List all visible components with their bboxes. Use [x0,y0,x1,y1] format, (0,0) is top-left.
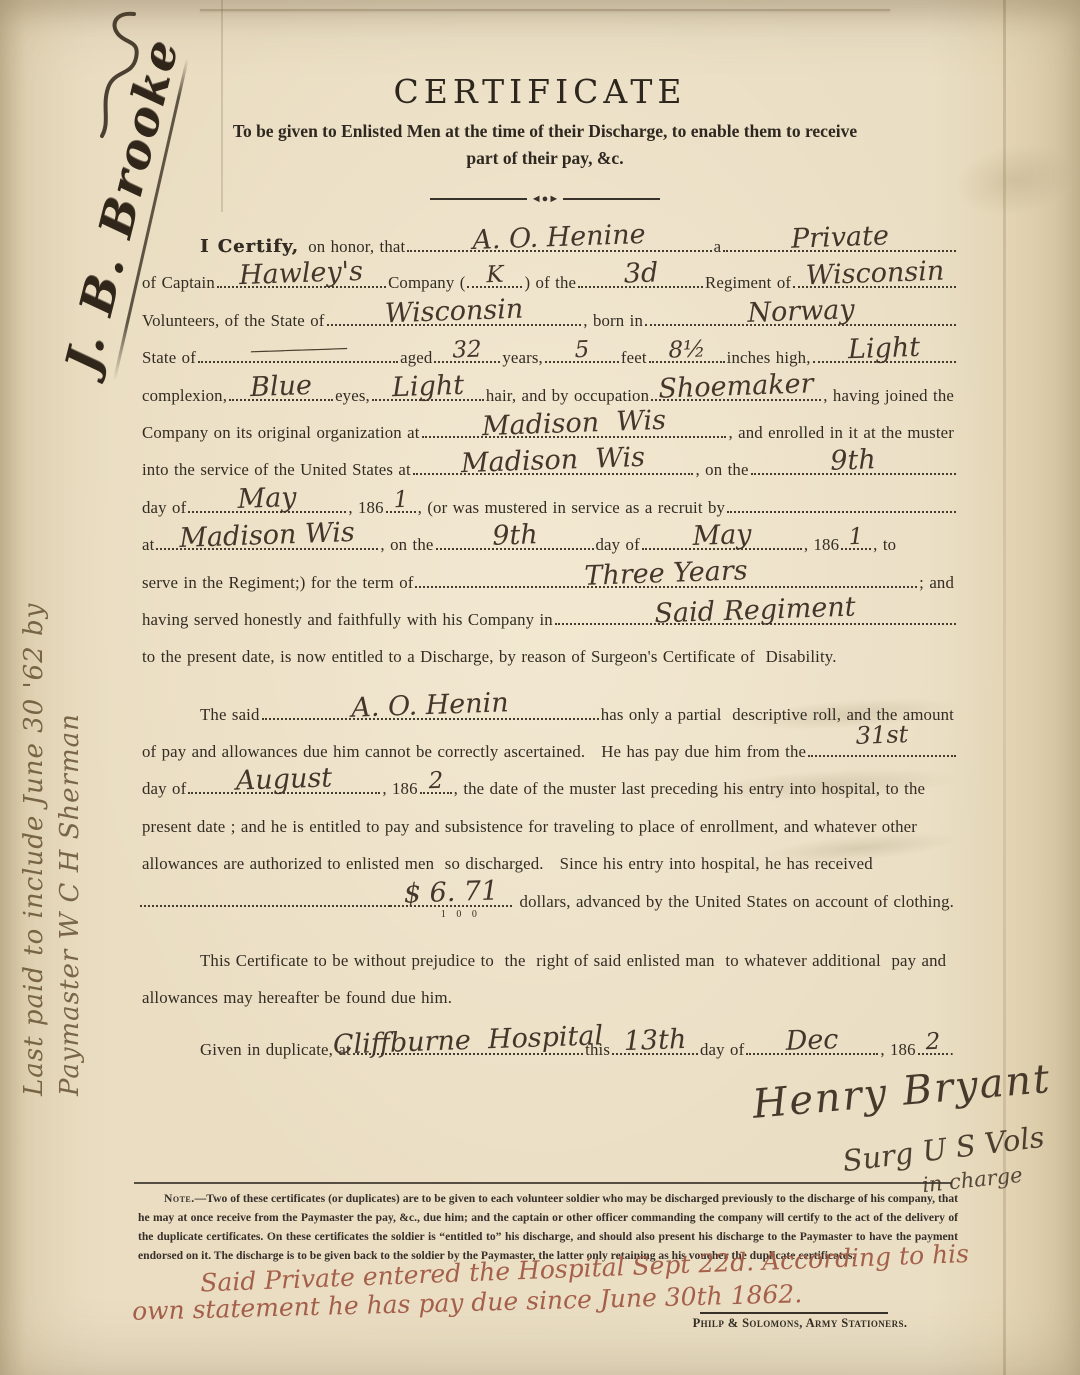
divider-ornament: ◄●► [430,198,660,200]
margin-note-line2: Paymaster W C H Sherman [52,51,88,1096]
document-subtitle: To be given to Enlisted Men at the time … [120,118,970,172]
printer-rule [700,1312,888,1314]
form-line: day ofAugust, 1862, the date of the must… [140,779,956,816]
form-blank: Cliffburne Hospital [353,1053,583,1055]
printed-text: present date ; and he is entitled to pay… [140,817,919,837]
printed-text: , to [871,535,898,555]
form-blank: 9th [436,548,594,550]
printed-text: aged [398,348,434,368]
printed-text: Volunteers, of the State of [140,311,327,331]
form-blank: A. O. Henin [262,718,599,720]
form-blank [727,511,956,513]
form-blank: May [642,548,802,550]
printed-text: Regiment of [703,273,793,293]
form-line: having served honestly and faithfully wi… [140,610,956,647]
printed-text: , born in [581,311,645,331]
form-line: present date ; and he is entitled to pay… [140,817,956,854]
form-blank: 2 [918,1053,948,1055]
form-line: day ofMay, 1861, (or was mustered in ser… [140,498,956,535]
printed-text: , the date of the muster last preceding … [452,779,928,799]
printed-text: Company on its original organization at [140,423,422,443]
printed-text: , 186 [878,1040,917,1060]
form-line: Company on its original organization atM… [140,423,956,460]
handwritten-entry: 13th [623,1026,687,1055]
printed-text: Given in duplicate, at [198,1040,353,1060]
printed-text: this [583,1040,612,1060]
form-blank: A. O. Henine [407,250,711,252]
printed-text: , 186 [380,779,419,799]
printed-text: a [712,237,724,257]
margin-payment-note: Last paid to include June 30 '62 by Paym… [16,51,88,1096]
form-blank: Said Regiment [555,623,956,625]
printed-text: ; and [917,573,956,593]
ink-flourish [96,10,156,140]
subtitle-line2: part of their pay, &c. [466,148,623,168]
form-line: to the present date, is now entitled to … [140,647,956,684]
form-line: allowances are authorized to enlisted me… [140,854,956,891]
printed-text: years, [500,348,545,368]
form-blank: 9th [751,473,956,475]
form-line: State of——————aged32years,5feet8½inches … [140,348,956,385]
form-line: complexion,Blueeyes,Lighthair, and by oc… [140,386,956,423]
printed-text: eyes, [333,386,372,406]
form-blank: 8½ [649,361,725,363]
form-line: of CaptainHawley'sCompany (K) of the3dRe… [140,273,956,310]
printed-text: has only a partial descriptive roll, and… [599,705,956,725]
form-blank: Light [813,361,956,363]
divider-rule-right [563,198,660,200]
printed-text: having served honestly and faithfully wi… [140,610,555,630]
printed-text: of pay and allowances due him cannot be … [140,742,808,762]
subtitle-line1: To be given to Enlisted Men at the time … [233,121,857,141]
footnote-rule [134,1182,952,1184]
form-blank: Wisconsin [793,286,956,288]
printer-imprint: Philp & Solomons, Army Stationers. [660,1316,940,1331]
form-blank: Wisconsin [327,324,582,326]
form-line: serve in the Regiment;) for the term ofT… [140,573,956,610]
form-blank: Shoemaker [651,399,821,401]
printed-text: Company ( [386,273,467,293]
form-line: atMadison Wis, on the9thday ofMay, 1861,… [140,535,956,572]
printed-text: State of [140,348,198,368]
form-blank: Norway [645,324,956,326]
form-blank: 5 [545,361,619,363]
printed-text: allowances may hereafter be found due hi… [140,988,454,1008]
printed-text: , on the [378,535,435,555]
form-blank: Hawley's [217,286,386,288]
form-blank: 2 [420,792,452,794]
printed-text: day of [140,498,188,518]
handwritten-entry: A. O. Henin [351,689,509,721]
printed-text: to the present date, is now entitled to … [140,647,839,667]
printed-text: , 186 [346,498,385,518]
printed-text: , having joined the [821,386,956,406]
form-blank: 1 [841,548,871,550]
handwritten-entry: A. O. Henine [472,221,646,254]
certificate-body: I Certify, on honor, thatA. O. HenineaPr… [140,236,956,1077]
form-blank: 3d [578,286,703,288]
printed-text: , 186 [802,535,841,555]
form-blank: Madison Wis [422,436,727,438]
form-blank: Private [723,250,956,252]
printed-text: I Certify, [198,236,301,257]
handwritten-entry: Dec [785,1026,839,1055]
form-blank: —————— [198,361,398,363]
form-blank [140,905,390,907]
printed-text: feet [619,348,649,368]
printed-text: dollars, advanced by the United States o… [512,892,956,912]
form-line: I Certify, on honor, thatA. O. HenineaPr… [140,236,956,273]
form-blank: Madison Wis [156,548,378,550]
form-line: The saidA. O. Heninhas only a partial de… [140,705,956,742]
printed-text: into the service of the United States at [140,460,413,480]
form-line: into the service of the United States at… [140,460,956,497]
handwritten-entry: Private [790,222,889,252]
printed-text: day of [140,779,188,799]
printed-text: allowances are authorized to enlisted me… [140,854,875,874]
printed-text: . [948,1040,956,1060]
form-line: This Certificate to be without prejudice… [140,951,956,988]
form-blank: 32 [434,361,500,363]
form-blank: May [188,511,346,513]
printed-text: on honor, that [301,237,407,257]
printed-text: This Certificate to be without prejudice… [198,951,948,971]
form-blank: 13th [612,1053,698,1055]
form-line: of pay and allowances due him cannot be … [140,742,956,779]
printed-text: inches high, [725,348,813,368]
form-blank: 31st [808,755,956,757]
printed-text: of Captain [140,273,217,293]
form-line: Volunteers, of the State ofWisconsin, bo… [140,311,956,348]
form-blank: Blue [229,399,333,401]
divider-rule-left [430,198,527,200]
fraction-denominator: 1 0 0 [441,909,481,920]
handwritten-entry: 2 [925,1031,940,1054]
form-blank: Madison Wis [413,473,694,475]
fold-crease-horizontal [200,9,890,11]
printed-text: day of [594,535,642,555]
printed-text: hair, and by occupation [484,386,651,406]
printed-text: ) of the [522,273,578,293]
form-blank: August [188,792,380,794]
printed-text: , and enrolled in it at the muster [726,423,956,443]
printed-text: , (or was mustered in service as a recru… [416,498,727,518]
form-blank: Dec [746,1053,878,1055]
printed-text: serve in the Regiment;) for the term of [140,573,415,593]
handwritten-entry: Cliffburne Hospital [332,1022,603,1058]
printed-text: , on the [693,460,750,480]
form-blank: Light [372,399,484,401]
printed-text: The said [198,705,262,725]
form-blank: $ 6. 711 0 0 [390,905,512,907]
footnote-label: Note. [164,1192,195,1205]
form-line: allowances may hereafter be found due hi… [140,988,956,1025]
margin-note-line1: Last paid to include June 30 '62 by [16,51,52,1096]
form-blank: 1 [386,511,416,513]
printed-text: complexion, [140,386,229,406]
printed-text: at [140,535,156,555]
printed-text: day of [698,1040,746,1060]
form-line: Given in duplicate, atCliffburne Hospita… [140,1040,956,1077]
form-blank: Three Years [415,586,917,588]
form-line: $ 6. 711 0 0 dollars, advanced by the Un… [140,892,956,929]
form-blank: K [467,286,522,288]
